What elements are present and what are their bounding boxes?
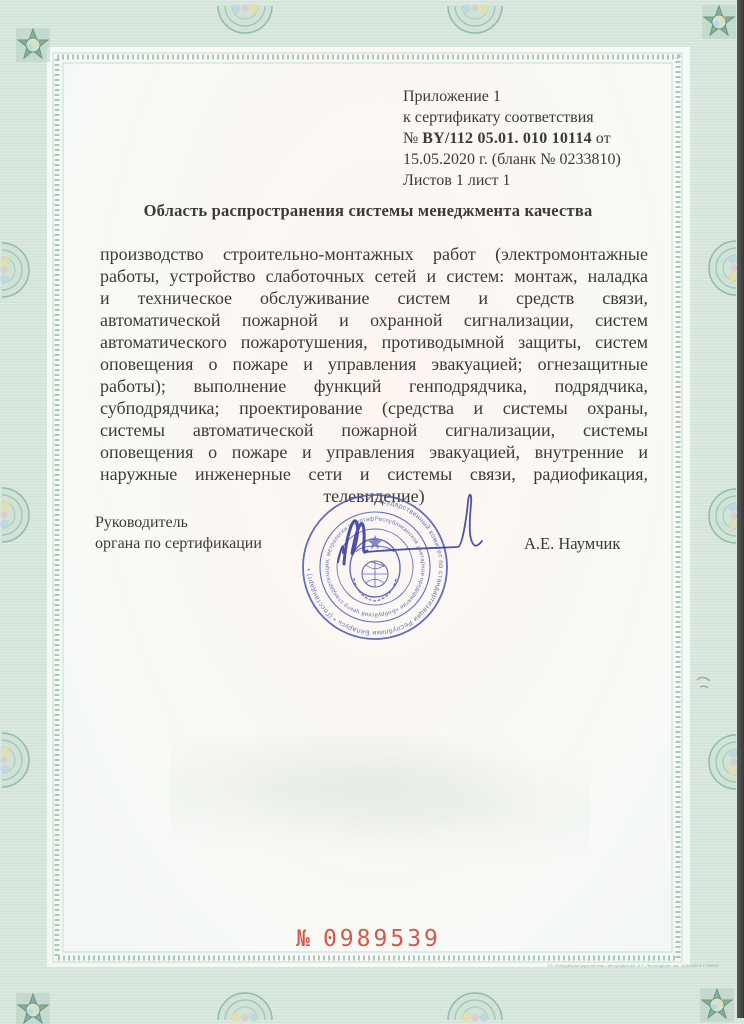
printer-imprint: УП «Бобруйская укрупненная типография им… <box>547 963 718 968</box>
page-title: Область распространения системы менеджме… <box>55 201 681 221</box>
date-blank-line: 15.05.2020 г. (бланк № 0233810) <box>403 149 668 170</box>
signer-name: А.Е. Наумчик <box>524 534 620 554</box>
to-certificate-line: к сертификату соответствия <box>403 107 668 128</box>
form-serial-number: №0989539 <box>47 926 690 952</box>
sheets-line: Листов 1 лист 1 <box>403 170 668 191</box>
signatory-role: Руководитель органа по сертификации <box>95 512 262 554</box>
certificate-number: BY/112 05.01. 010 10114 <box>422 130 592 147</box>
appendix-line: Приложение 1 <box>403 86 668 107</box>
signatory-role-line1: Руководитель <box>95 512 262 533</box>
faint-watermark <box>170 735 590 865</box>
scope-paragraph: производство строительно-монтажных работ… <box>100 243 648 507</box>
scanned-certificate-appendix: Приложение 1 к сертификату соответствия … <box>0 0 744 1024</box>
signatory-role-line2: органа по сертификации <box>95 533 262 554</box>
serial-number-sign: № <box>296 926 313 952</box>
certificate-reference-block: Приложение 1 к сертификату соответствия … <box>403 86 668 191</box>
handwritten-signature <box>300 478 515 593</box>
certificate-number-line: № BY/112 05.01. 010 10114 от <box>403 128 668 149</box>
serial-number-digits: 0989539 <box>323 926 441 952</box>
scan-edge-shadow <box>737 0 744 1018</box>
